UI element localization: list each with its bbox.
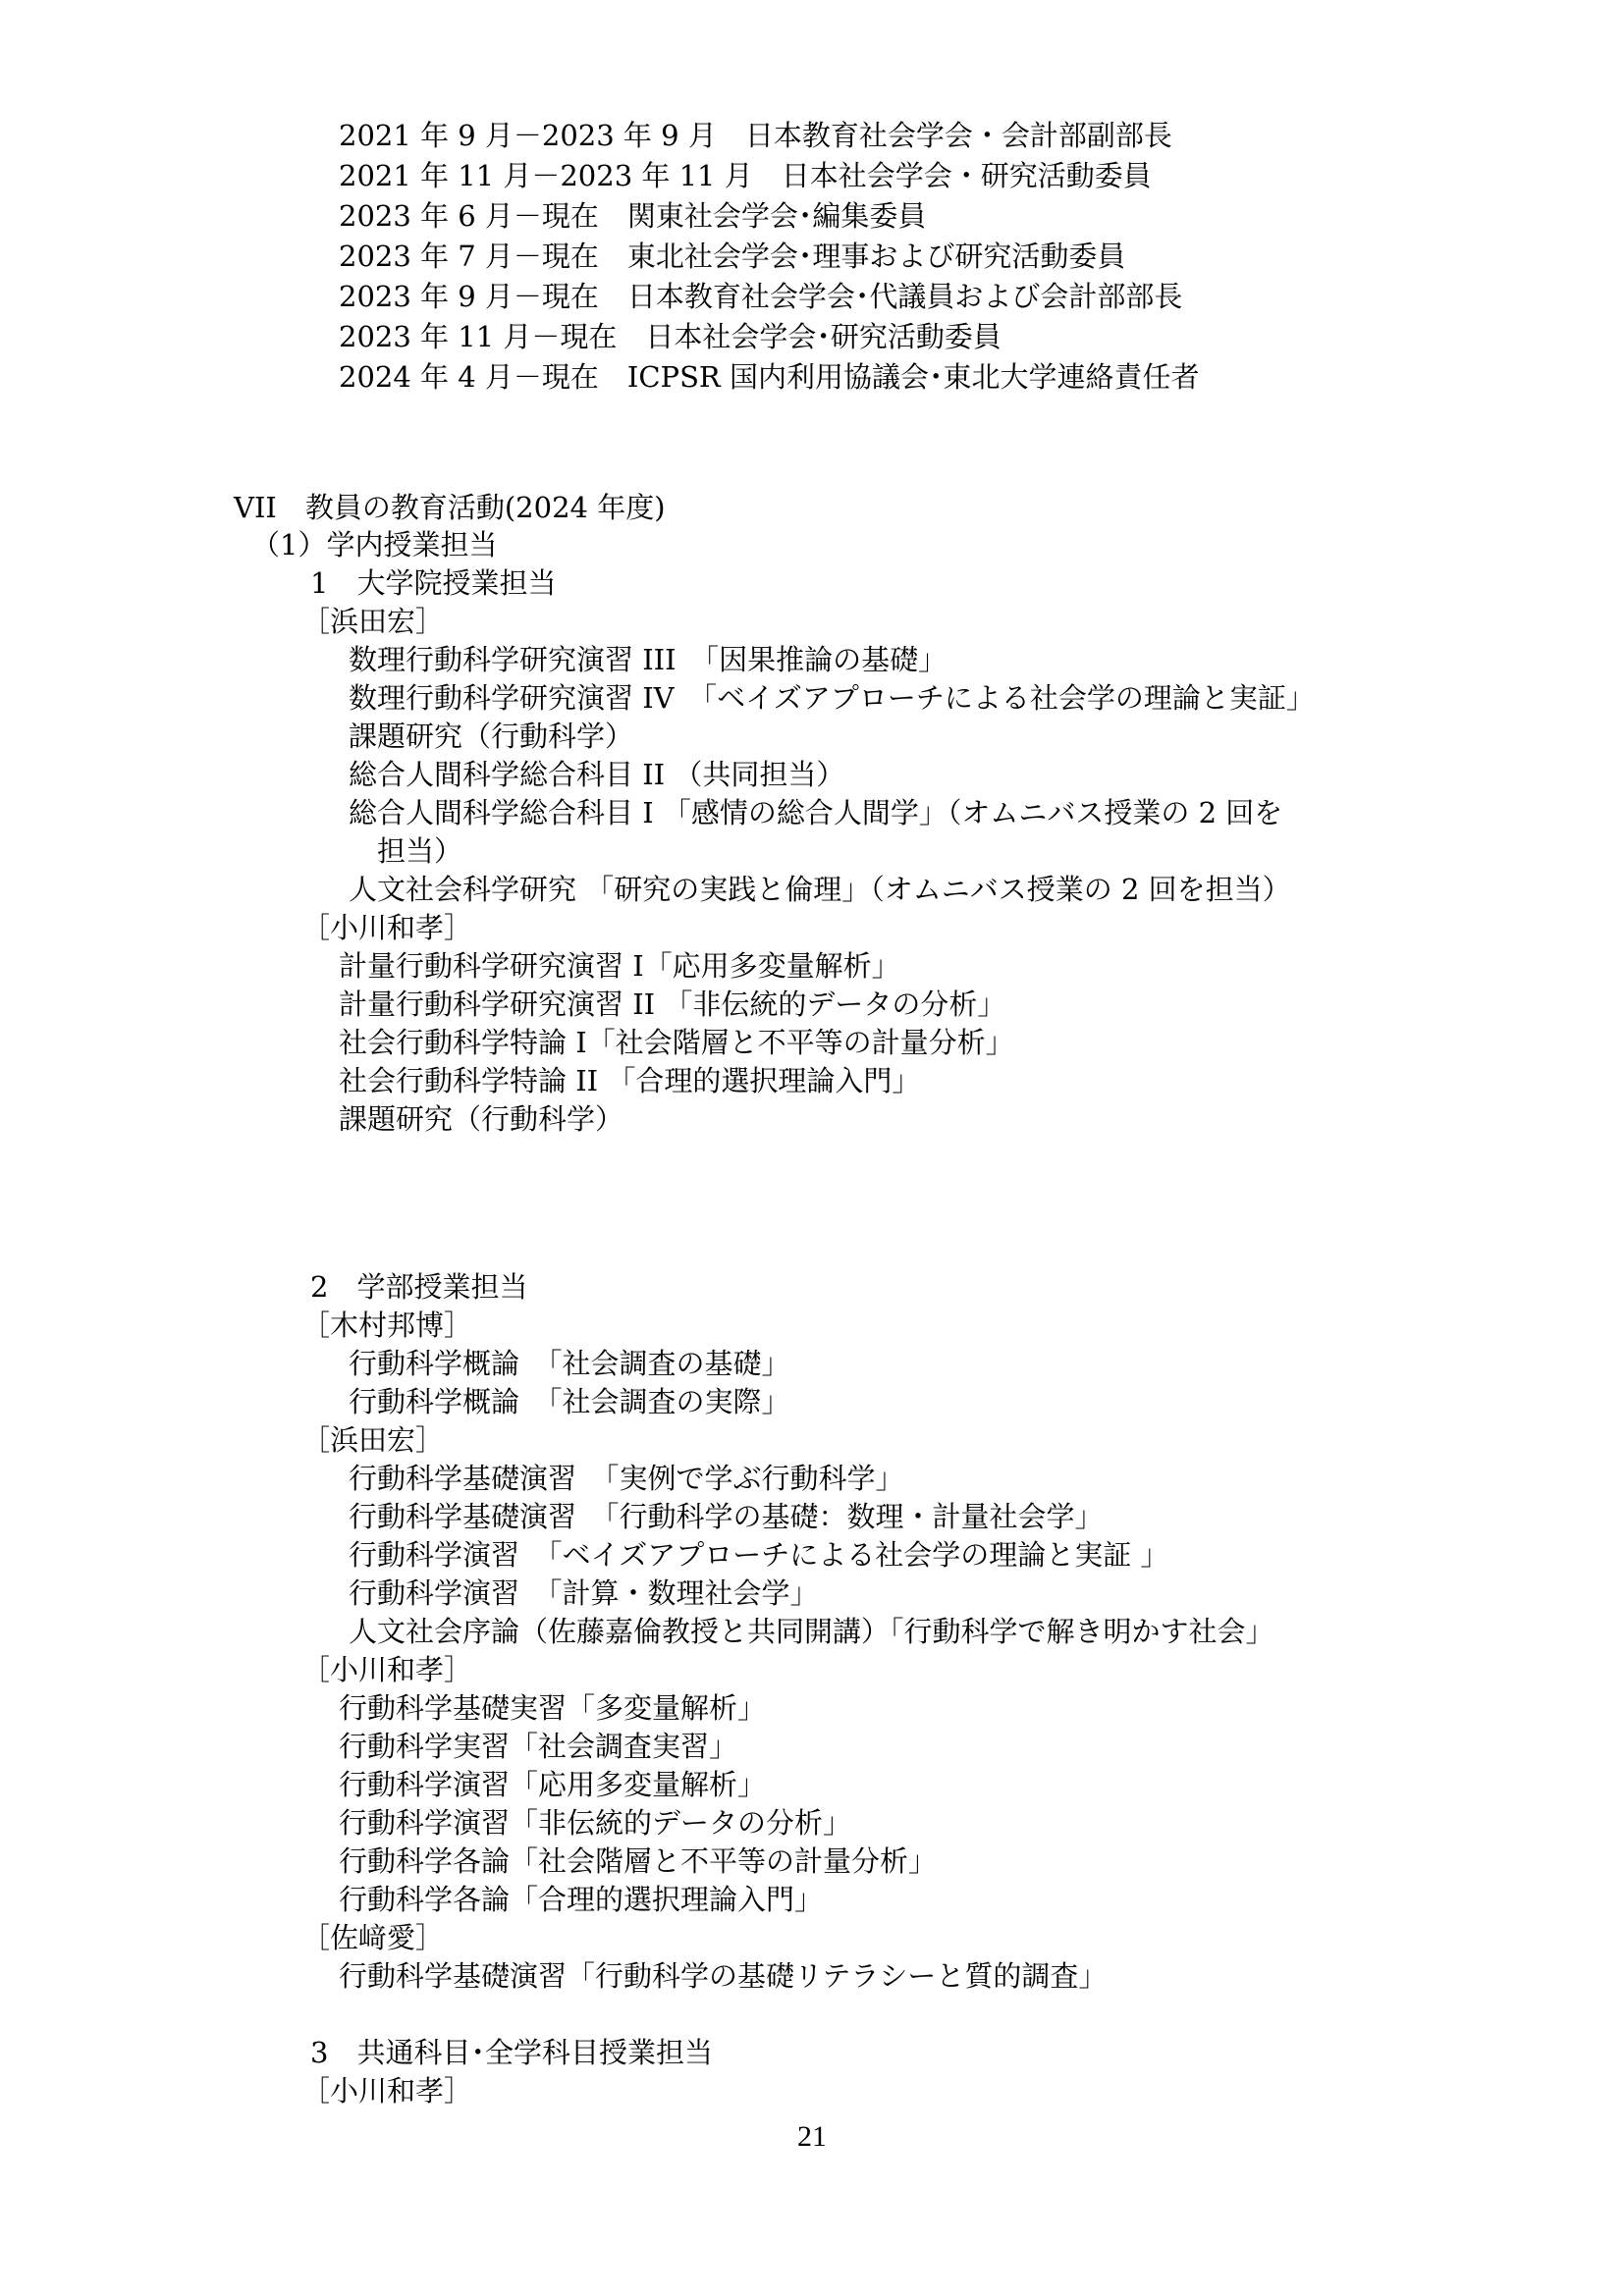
course-item: 行動科学各論「社会階層と不平等の計量分析」: [339, 1843, 937, 1880]
course-item: 計量行動科学研究演習 I「応用多変量解析」: [339, 948, 900, 985]
course-item: 課題研究（行動科学）: [339, 1101, 623, 1138]
instructor-name: ［佐﨑愛］: [301, 1920, 444, 1956]
course-item: 行動科学基礎演習「行動科学の基礎リテラシーと質的調査」: [339, 1958, 1107, 1995]
course-item: 社会行動科学特論 II 「合理的選択理論入門」: [339, 1063, 920, 1099]
committee-role: 2023 年 11 月－現在 日本社会学会･研究活動委員: [339, 319, 1001, 355]
committee-role: 2023 年 6 月－現在 関東社会学会･編集委員: [339, 198, 926, 235]
course-item: 行動科学概論 「社会調査の基礎」: [349, 1346, 790, 1382]
course-item: 数理行動科学研究演習 III 「因果推論の基礎」: [349, 642, 947, 678]
course-item: 行動科学演習 「ベイズアプローチによる社会学の理論と実証 」: [349, 1537, 1168, 1574]
course-item: 総合人間科学総合科目 II （共同担当）: [349, 757, 844, 793]
course-item: 行動科学概論 「社会調査の実際」: [349, 1384, 790, 1420]
course-item: 総合人間科学総合科目 I 「感情の総合人間学」（オムニバス授業の 2 回を: [349, 795, 1282, 831]
subsection-title: （1）学内授業担当: [251, 527, 497, 563]
instructor-name: ［浜田宏］: [301, 604, 444, 640]
group-heading: 2 学部授業担当: [310, 1269, 527, 1306]
group-heading: 3 共通科目･全学科目授業担当: [310, 2035, 713, 2071]
committee-role: 2024 年 4 月－現在 ICPSR 国内利用協議会･東北大学連絡責任者: [339, 359, 1200, 396]
course-item: 人文社会科学研究 「研究の実践と倫理」（オムニバス授業の 2 回を担当）: [349, 872, 1291, 908]
course-item: 行動科学実習「社会調査実習」: [339, 1729, 737, 1765]
instructor-name: ［浜田宏］: [301, 1422, 444, 1459]
course-item: 行動科学演習「非伝統的データの分析」: [339, 1805, 851, 1842]
instructor-name: ［木村邦博］: [301, 1308, 472, 1344]
course-item: 行動科学演習 「計算・数理社会学」: [349, 1575, 819, 1612]
instructor-name: ［小川和孝］: [301, 910, 472, 946]
committee-role: 2023 年 7 月－現在 東北社会学会･理事および研究活動委員: [339, 239, 1125, 275]
course-item: 計量行動科学研究演習 II 「非伝統的データの分析」: [339, 987, 1005, 1023]
committee-role: 2023 年 9 月－現在 日本教育社会学会･代議員および会計部部長: [339, 279, 1182, 315]
page-number: 21: [0, 2120, 1624, 2154]
course-item-continued: 担当）: [349, 833, 462, 870]
committee-role: 2021 年 9 月－2023 年 9 月 日本教育社会学会・会計部副部長: [339, 118, 1172, 154]
course-item: 数理行動科学研究演習 IV 「ベイズアプローチによる社会学の理論と実証」: [349, 680, 1315, 717]
committee-role: 2021 年 11 月－2023 年 11 月 日本社会学会・研究活動委員: [339, 158, 1152, 194]
course-item: 課題研究（行動科学）: [349, 719, 633, 755]
course-item: 行動科学演習「応用多変量解析」: [339, 1767, 766, 1803]
instructor-name: ［小川和孝］: [301, 1652, 472, 1688]
group-heading: 1 大学院授業担当: [310, 565, 556, 602]
course-item: 行動科学基礎演習 「行動科学の基礎：数理・計量社会学」: [349, 1499, 1104, 1535]
course-item: 行動科学基礎演習 「実例で学ぶ行動科学」: [349, 1461, 904, 1497]
course-item: 行動科学基礎実習「多変量解析」: [339, 1690, 766, 1727]
course-item: 行動科学各論「合理的選択理論入門」: [339, 1882, 823, 1918]
course-item: 人文社会序論（佐藤嘉倫教授と共同開講）「行動科学で解き明かす社会」: [349, 1614, 1274, 1650]
section-title: VII 教員の教育活動(2024 年度): [234, 490, 666, 526]
instructor-name: ［小川和孝］: [301, 2073, 472, 2109]
course-item: 社会行動科学特論 I「社会階層と不平等の計量分析」: [339, 1025, 1014, 1061]
